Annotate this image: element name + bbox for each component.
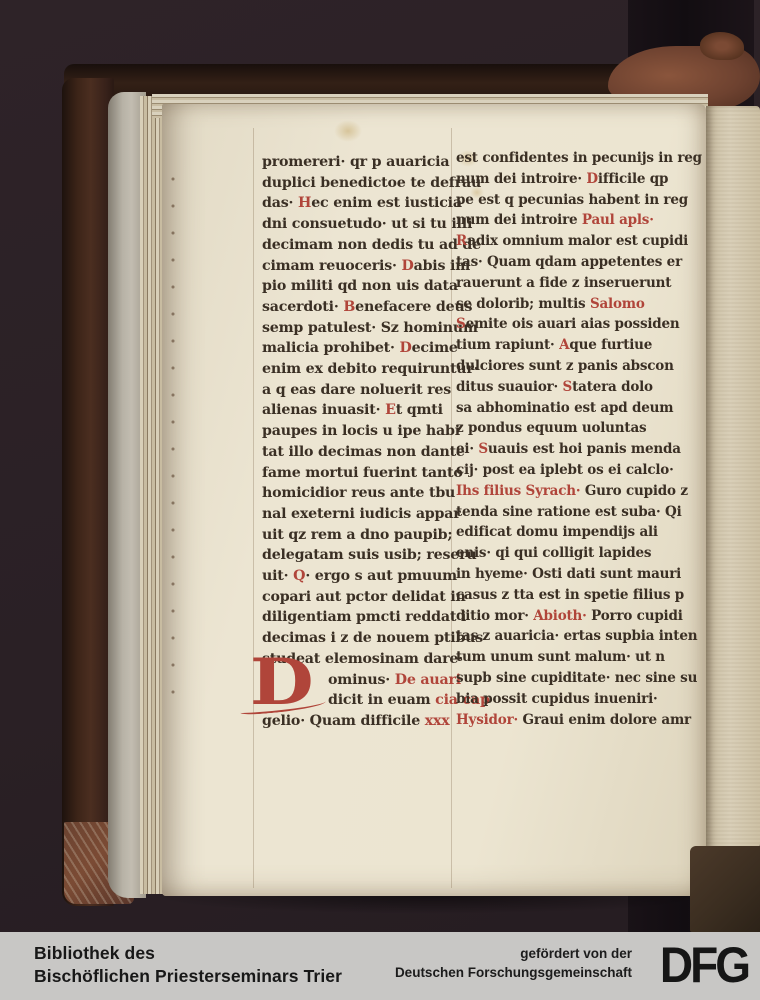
manuscript-line: malicia prohibet· Decime: [262, 338, 452, 359]
ink-text: decimas i z de nouem ptibus: [262, 630, 483, 646]
ink-text: z pondus equum uoluntas: [456, 420, 646, 436]
ink-text: adix omnium malor est cupidi: [467, 233, 688, 249]
rubric-text: S: [563, 379, 573, 395]
rubric-text: R: [456, 233, 467, 249]
caption-bar: Bibliothek des Bischöflichen Priestersem…: [0, 932, 760, 1000]
ink-text: decimam non dedis tu ad de: [262, 237, 481, 253]
manuscript-line: cimam reuoceris· Dabis im: [262, 256, 452, 277]
ink-text: Graui enim dolore amr: [523, 712, 691, 728]
ink-text: tas· Quam qdam appetentes er: [456, 254, 682, 270]
pricking-holes: [171, 176, 175, 716]
library-name-line1: Bibliothek des: [34, 942, 342, 965]
ink-text: t qmti: [396, 402, 443, 418]
ink-text: dni consuetudo· ut si tu illi: [262, 216, 472, 232]
ink-text: dulciores sunt z panis abscon: [456, 358, 674, 374]
ink-text: duplici benedictoe te defrau: [262, 175, 481, 191]
ink-text: pio militi qd non uis data: [262, 278, 458, 294]
manuscript-line: num dei introire· Difficile qp: [456, 169, 702, 190]
manuscript-line: delegatam suis usib; reseru: [262, 545, 452, 566]
ruling-line-left: [253, 128, 254, 888]
page-stain: [334, 120, 362, 142]
ink-text: tatera dolo: [572, 379, 653, 395]
manuscript-line: tium rapiunt· Aque furtiue: [456, 335, 702, 356]
ink-text: uauis est hoi panis menda: [488, 441, 681, 457]
ink-text: Porro cupidi: [587, 608, 683, 624]
manuscript-photo-scene: promereri· qr p auariciaduplici benedict…: [0, 0, 760, 1000]
column-right: est confidentes in pecunijs in regnum de…: [456, 148, 702, 730]
ink-text: est confidentes in pecunijs in reg: [456, 150, 702, 166]
manuscript-line: bia possit cupidus inueniri·: [456, 689, 702, 710]
manuscript-line: sacerdoti· Benefacere deus: [262, 297, 452, 318]
ink-text: ecime: [412, 340, 458, 356]
manuscript-line: ditio mor· Abioth· Porro cupidi: [456, 606, 702, 627]
manuscript-line: casus z tta est in spetie filius p: [456, 585, 702, 606]
ink-text: fame mortui fuerint tanto: [262, 465, 463, 481]
ink-text: enim ex debito requiruntur·: [262, 361, 478, 377]
manuscript-line: ditus suauior· Statera dolo: [456, 377, 702, 398]
manuscript-line: paupes in locis u ipe habi: [262, 421, 452, 442]
rubric-text: E: [385, 402, 396, 418]
rubric-text: Paul apls·: [582, 212, 654, 228]
ink-text: in hyeme· Osti dati sunt mauri: [456, 566, 681, 582]
ink-text: dicit in euam: [328, 692, 435, 708]
manuscript-line: est confidentes in pecunijs in reg: [456, 148, 702, 169]
rubric-text: Abioth·: [533, 608, 586, 624]
funding-credit: gefördert von der Deutschen Forschungsge…: [395, 945, 632, 982]
ink-text: tas z auaricia· ertas supbia inten: [456, 628, 697, 644]
manuscript-line: diligentiam pmcti reddat i: [262, 607, 452, 628]
ink-text: emite ois auari aias possiden: [466, 316, 680, 332]
ink-text: edificat domu impendijs ali: [456, 524, 658, 540]
ink-text: homicidior reus ante tbu: [262, 485, 455, 501]
manuscript-line: fame mortui fuerint tanto: [262, 463, 452, 484]
manuscript-line: pe est q pecunias habent in reg: [456, 190, 702, 211]
rubric-text: Ihs filius Syrach·: [456, 483, 585, 499]
ink-text: uit qz rem a dno paupib;: [262, 527, 452, 543]
manuscript-line: promereri· qr p auaricia: [262, 152, 452, 173]
manuscript-line: nal exeterni iudicis appar: [262, 504, 452, 525]
ink-text: malicia prohibet·: [262, 340, 400, 356]
ink-text: ditus suauior·: [456, 379, 563, 395]
ink-text: pe est q pecunias habent in reg: [456, 192, 688, 208]
ink-text: sacerdoti·: [262, 299, 343, 315]
dfg-logo: DFG: [660, 929, 748, 1000]
rubric-text: D: [586, 171, 598, 187]
facing-page-edge: [706, 106, 760, 850]
ink-text: enis· qi qui colligit lapides: [456, 545, 651, 561]
ink-text: num dei introire·: [456, 171, 586, 187]
rubric-text: D: [400, 340, 412, 356]
book-spine: [62, 78, 114, 906]
manuscript-line: z pondus equum uoluntas: [456, 418, 702, 439]
ink-text: semp patulest· Sz hominum: [262, 320, 478, 336]
ink-text: ec enim est iusticia: [311, 195, 462, 211]
funding-credit-line2: Deutschen Forschungsgemeinschaft: [395, 964, 632, 983]
manuscript-line: duplici benedictoe te defrau: [262, 173, 452, 194]
manuscript-line: tas· Quam qdam appetentes er: [456, 252, 702, 273]
ink-text: enefacere deus: [355, 299, 472, 315]
manuscript-line: supb sine cupiditate· nec sine su: [456, 668, 702, 689]
manuscript-line: dni consuetudo· ut si tu illi: [262, 214, 452, 235]
rubric-text: D: [401, 258, 413, 274]
ink-text: promereri· qr p auaricia: [262, 154, 449, 170]
manuscript-line: tenda sine ratione est suba· Qi: [456, 502, 702, 523]
ink-text: uit·: [262, 568, 293, 584]
ink-text: sa abhominatio est apd deum: [456, 400, 673, 416]
ink-text: nal exeterni iudicis appar: [262, 506, 461, 522]
manuscript-line: alienas inuasit· Et qmti: [262, 400, 452, 421]
manuscript-line: tat illo decimas non dante: [262, 442, 452, 463]
ink-text: ei·: [456, 441, 478, 457]
manuscript-line: enim ex debito requiruntur·: [262, 359, 452, 380]
ink-text: tat illo decimas non dante: [262, 444, 465, 460]
ink-text: das·: [262, 195, 298, 211]
manuscript-line: Radix omnium malor est cupidi: [456, 231, 702, 252]
ink-text: Guro cupido z: [585, 483, 688, 499]
manuscript-line: Semite ois auari aias possiden: [456, 314, 702, 335]
manuscript-line: uit· Q· ergo s aut pmuum: [262, 566, 452, 587]
manuscript-line: uit qz rem a dno paupib;: [262, 525, 452, 546]
ink-text: casus z tta est in spetie filius p: [456, 587, 684, 603]
manuscript-line: num dei introire Paul apls·: [456, 210, 702, 231]
ink-text: delegatam suis usib; reseru: [262, 547, 477, 563]
manuscript-line: rauerunt a fide z inseruerunt: [456, 273, 702, 294]
manuscript-line: das· Hec enim est iusticia: [262, 193, 452, 214]
rubric-text: S: [456, 316, 466, 332]
book-cover-corner: [690, 846, 760, 932]
manuscript-line: dulciores sunt z panis abscon: [456, 356, 702, 377]
rubric-text: A: [559, 337, 569, 353]
ink-text: rauerunt a fide z inseruerunt: [456, 275, 671, 291]
rubric-text: Hysidor·: [456, 712, 523, 728]
manuscript-line: Hysidor· Graui enim dolore amr: [456, 710, 702, 731]
ink-text: ominus·: [328, 672, 395, 688]
ink-text: paupes in locis u ipe habi: [262, 423, 460, 439]
ink-text: · ergo s aut pmuum: [305, 568, 457, 584]
manuscript-line: pio militi qd non uis data: [262, 276, 452, 297]
ink-text: cij· post ea iplebt os ei calclo·: [456, 462, 674, 478]
ink-text: tium rapiunt·: [456, 337, 559, 353]
ink-text: tenda sine ratione est suba· Qi: [456, 504, 682, 520]
ink-text: tum unum sunt malum· ut n: [456, 649, 665, 665]
ink-text: supb sine cupiditate· nec sine su: [456, 670, 697, 686]
manuscript-line: cij· post ea iplebt os ei calclo·: [456, 460, 702, 481]
manuscript-line: ei· Suauis est hoi panis menda: [456, 439, 702, 460]
rubric-text: B: [343, 299, 355, 315]
book-leather-tuft: [700, 32, 744, 60]
ink-text: ditio mor·: [456, 608, 533, 624]
ink-text: bia possit cupidus inueniri·: [456, 691, 658, 707]
ink-text: num dei introire: [456, 212, 582, 228]
rubric-text: Salomo: [590, 296, 645, 312]
ink-text: se dolorib; multis: [456, 296, 590, 312]
ink-text: a q eas dare noluerit res: [262, 382, 451, 398]
manuscript-line: edificat domu impendijs ali: [456, 522, 702, 543]
library-name: Bibliothek des Bischöflichen Priestersem…: [34, 942, 342, 988]
manuscript-line: homicidior reus ante tbu: [262, 483, 452, 504]
manuscript-line: sa abhominatio est apd deum: [456, 398, 702, 419]
rubric-text: H: [298, 195, 311, 211]
rubric-text: S: [478, 441, 488, 457]
manuscript-line: decimam non dedis tu ad de: [262, 235, 452, 256]
rubric-text: Q: [293, 568, 305, 584]
manuscript-line: in hyeme· Osti dati sunt mauri: [456, 564, 702, 585]
manuscript-line: tas z auaricia· ertas supbia inten: [456, 626, 702, 647]
funding-credit-line1: gefördert von der: [395, 945, 632, 964]
ink-text: ifficile qp: [598, 171, 668, 187]
rubric-text: xxx: [425, 713, 450, 729]
manuscript-line: tum unum sunt malum· ut n: [456, 647, 702, 668]
library-name-line2: Bischöflichen Priesterseminars Trier: [34, 965, 342, 988]
ink-text: alienas inuasit·: [262, 402, 385, 418]
rubric-text: De auari: [395, 672, 461, 688]
manuscript-line: enis· qi qui colligit lapides: [456, 543, 702, 564]
manuscript-line: copari aut pctor delidat in: [262, 587, 452, 608]
manuscript-line: semp patulest· Sz hominum: [262, 318, 452, 339]
ink-text: copari aut pctor delidat in: [262, 589, 466, 605]
manuscript-line: a q eas dare noluerit res: [262, 380, 452, 401]
ink-text: diligentiam pmcti reddat i: [262, 609, 466, 625]
ink-text: que furtiue: [569, 337, 652, 353]
manuscript-line: Ihs filius Syrach· Guro cupido z: [456, 481, 702, 502]
manuscript-line: se dolorib; multis Salomo: [456, 294, 702, 315]
ink-text: cimam reuoceris·: [262, 258, 401, 274]
